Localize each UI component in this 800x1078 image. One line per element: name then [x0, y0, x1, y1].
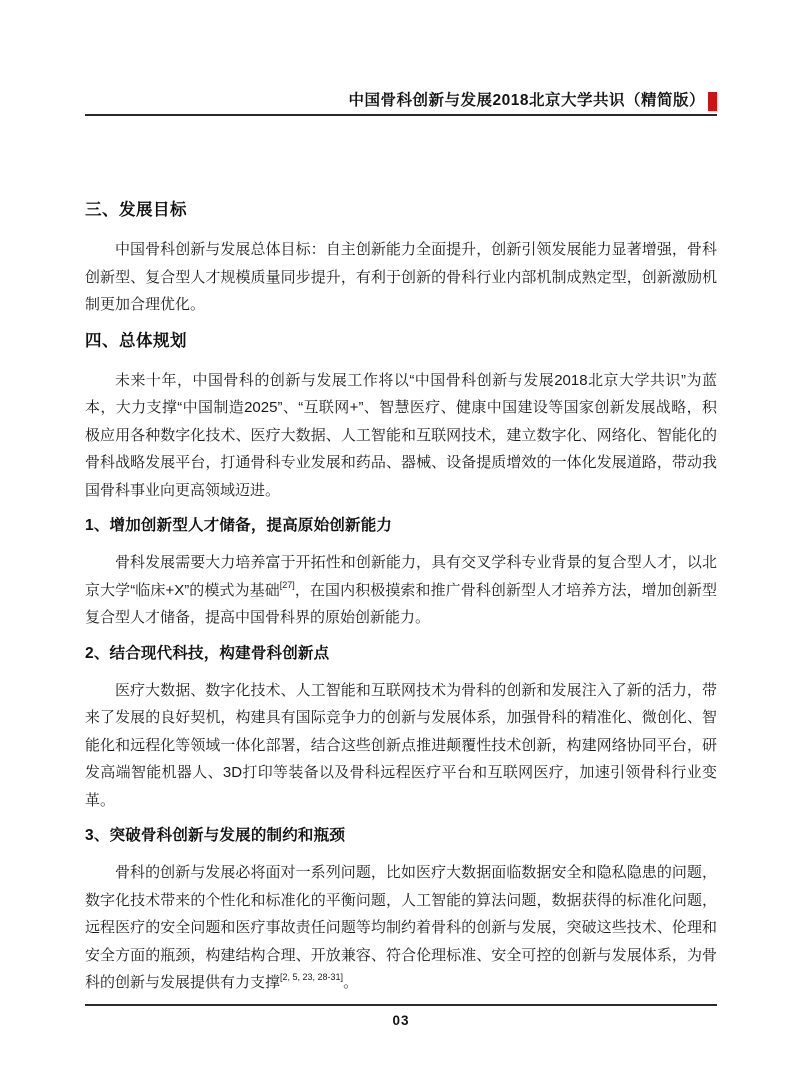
- paragraph-development-goals: 中国骨科创新与发展总体目标：自主创新能力全面提升，创新引领发展能力显著增强，骨科…: [85, 236, 717, 319]
- subsection-heading-2: 2、结合现代科技，构建骨科创新点: [85, 644, 717, 663]
- paragraph-subsection-1: 骨科发展需要大力培养富于开拓性和创新能力，具有交叉学科专业背景的复合型人才，以北…: [85, 549, 717, 632]
- page-number: 03: [392, 1013, 409, 1028]
- red-accent-block: [708, 92, 717, 111]
- paragraph-subsection-3: 骨科的创新与发展必将面对一系列问题，比如医疗大数据面临数据安全和隐私隐患的问题，…: [85, 859, 717, 997]
- page-content: 三、发展目标 中国骨科创新与发展总体目标：自主创新能力全面提升，创新引领发展能力…: [85, 120, 717, 1009]
- page-header: 中国骨科创新与发展2018北京大学共识（精简版）: [85, 0, 717, 116]
- subsection-heading-3: 3、突破骨科创新与发展的制约和瓶颈: [85, 826, 717, 845]
- paragraph-text: 。: [343, 974, 358, 991]
- reference-marker: [2, 5, 23, 28-31]: [280, 972, 343, 982]
- running-head-title: 中国骨科创新与发展2018北京大学共识（精简版）: [349, 91, 705, 111]
- paragraph-subsection-2: 医疗大数据、数字化技术、人工智能和互联网技术为骨科的创新和发展注入了新的活力，带…: [85, 677, 717, 815]
- paragraph-text: 骨科的创新与发展必将面对一系列问题，比如医疗大数据面临数据安全和隐私隐患的问题，…: [85, 864, 717, 991]
- subsection-heading-1: 1、增加创新型人才储备，提高原始创新能力: [85, 516, 717, 535]
- reference-marker: [27]: [280, 580, 295, 590]
- page-footer: 03: [85, 1004, 717, 1030]
- section-heading-development-goals: 三、发展目标: [85, 200, 717, 220]
- paragraph-overall-plan: 未来十年，中国骨科的创新与发展工作将以“中国骨科创新与发展2018北京大学共识”…: [85, 367, 717, 505]
- section-heading-overall-plan: 四、总体规划: [85, 331, 717, 351]
- document-page: 中国骨科创新与发展2018北京大学共识（精简版） 三、发展目标 中国骨科创新与发…: [0, 0, 800, 1078]
